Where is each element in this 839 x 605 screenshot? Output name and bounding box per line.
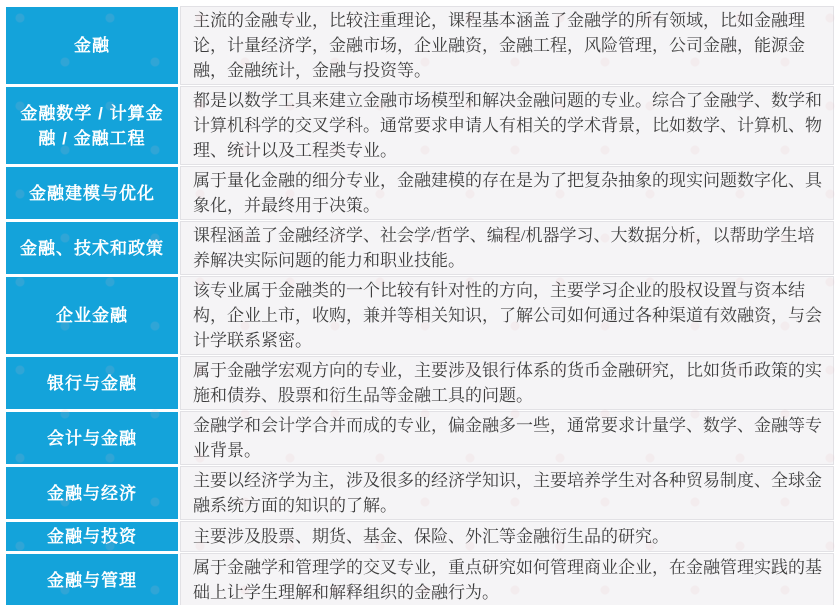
major-label: 金融与投资 — [6, 522, 178, 551]
major-description: 属于量化金融的细分专业，金融建模的存在是为了把复杂抽象的现实问题数字化、具象化，… — [181, 167, 833, 219]
major-description: 主要涉及股票、期货、基金、保险、外汇等金融衍生品的研究。 — [181, 522, 833, 551]
major-label: 金融与管理 — [6, 554, 178, 605]
major-description: 课程涵盖了金融经济学、社会学/哲学、编程/机器学习、大数据分析，以帮助学生培养解… — [181, 222, 833, 274]
major-label: 金融建模与优化 — [6, 167, 178, 219]
major-label: 银行与金融 — [6, 357, 178, 409]
major-description: 金融学和会计学合并而成的专业，偏金融多一些，通常要求计量学、数学、金融等专业背景… — [181, 412, 833, 464]
major-label: 金融、技术和政策 — [6, 222, 178, 274]
major-description: 主要以经济学为主，涉及很多的经济学知识，主要培养学生对各种贸易制度、全球金融系统… — [181, 467, 833, 519]
major-label: 会计与金融 — [6, 412, 178, 464]
major-description: 属于金融学和管理学的交叉专业，重点研究如何管理商业企业，在金融管理实践的基础上让… — [181, 554, 833, 605]
major-description: 属于金融学宏观方向的专业，主要涉及银行体系的货币金融研究，比如货币政策的实施和债… — [181, 357, 833, 409]
table-grid: 金融 主流的金融专业，比较注重理论，课程基本涵盖了金融学的所有领域，比如金融理论… — [6, 7, 833, 605]
major-description: 主流的金融专业，比较注重理论，课程基本涵盖了金融学的所有领域，比如金融理论，计量… — [181, 7, 833, 84]
finance-majors-table: 金融 主流的金融专业，比较注重理论，课程基本涵盖了金融学的所有领域，比如金融理论… — [6, 7, 833, 598]
major-label: 金融 — [6, 7, 178, 84]
major-description: 都是以数学工具来建立金融市场模型和解决金融问题的专业。综合了金融学、数学和计算机… — [181, 87, 833, 164]
major-label: 金融与经济 — [6, 467, 178, 519]
major-description: 该专业属于金融类的一个比较有针对性的方向，主要学习企业的股权设置与资本结构，企业… — [181, 277, 833, 354]
major-label: 金融数学 / 计算金融 / 金融工程 — [6, 87, 178, 164]
major-label: 企业金融 — [6, 277, 178, 354]
